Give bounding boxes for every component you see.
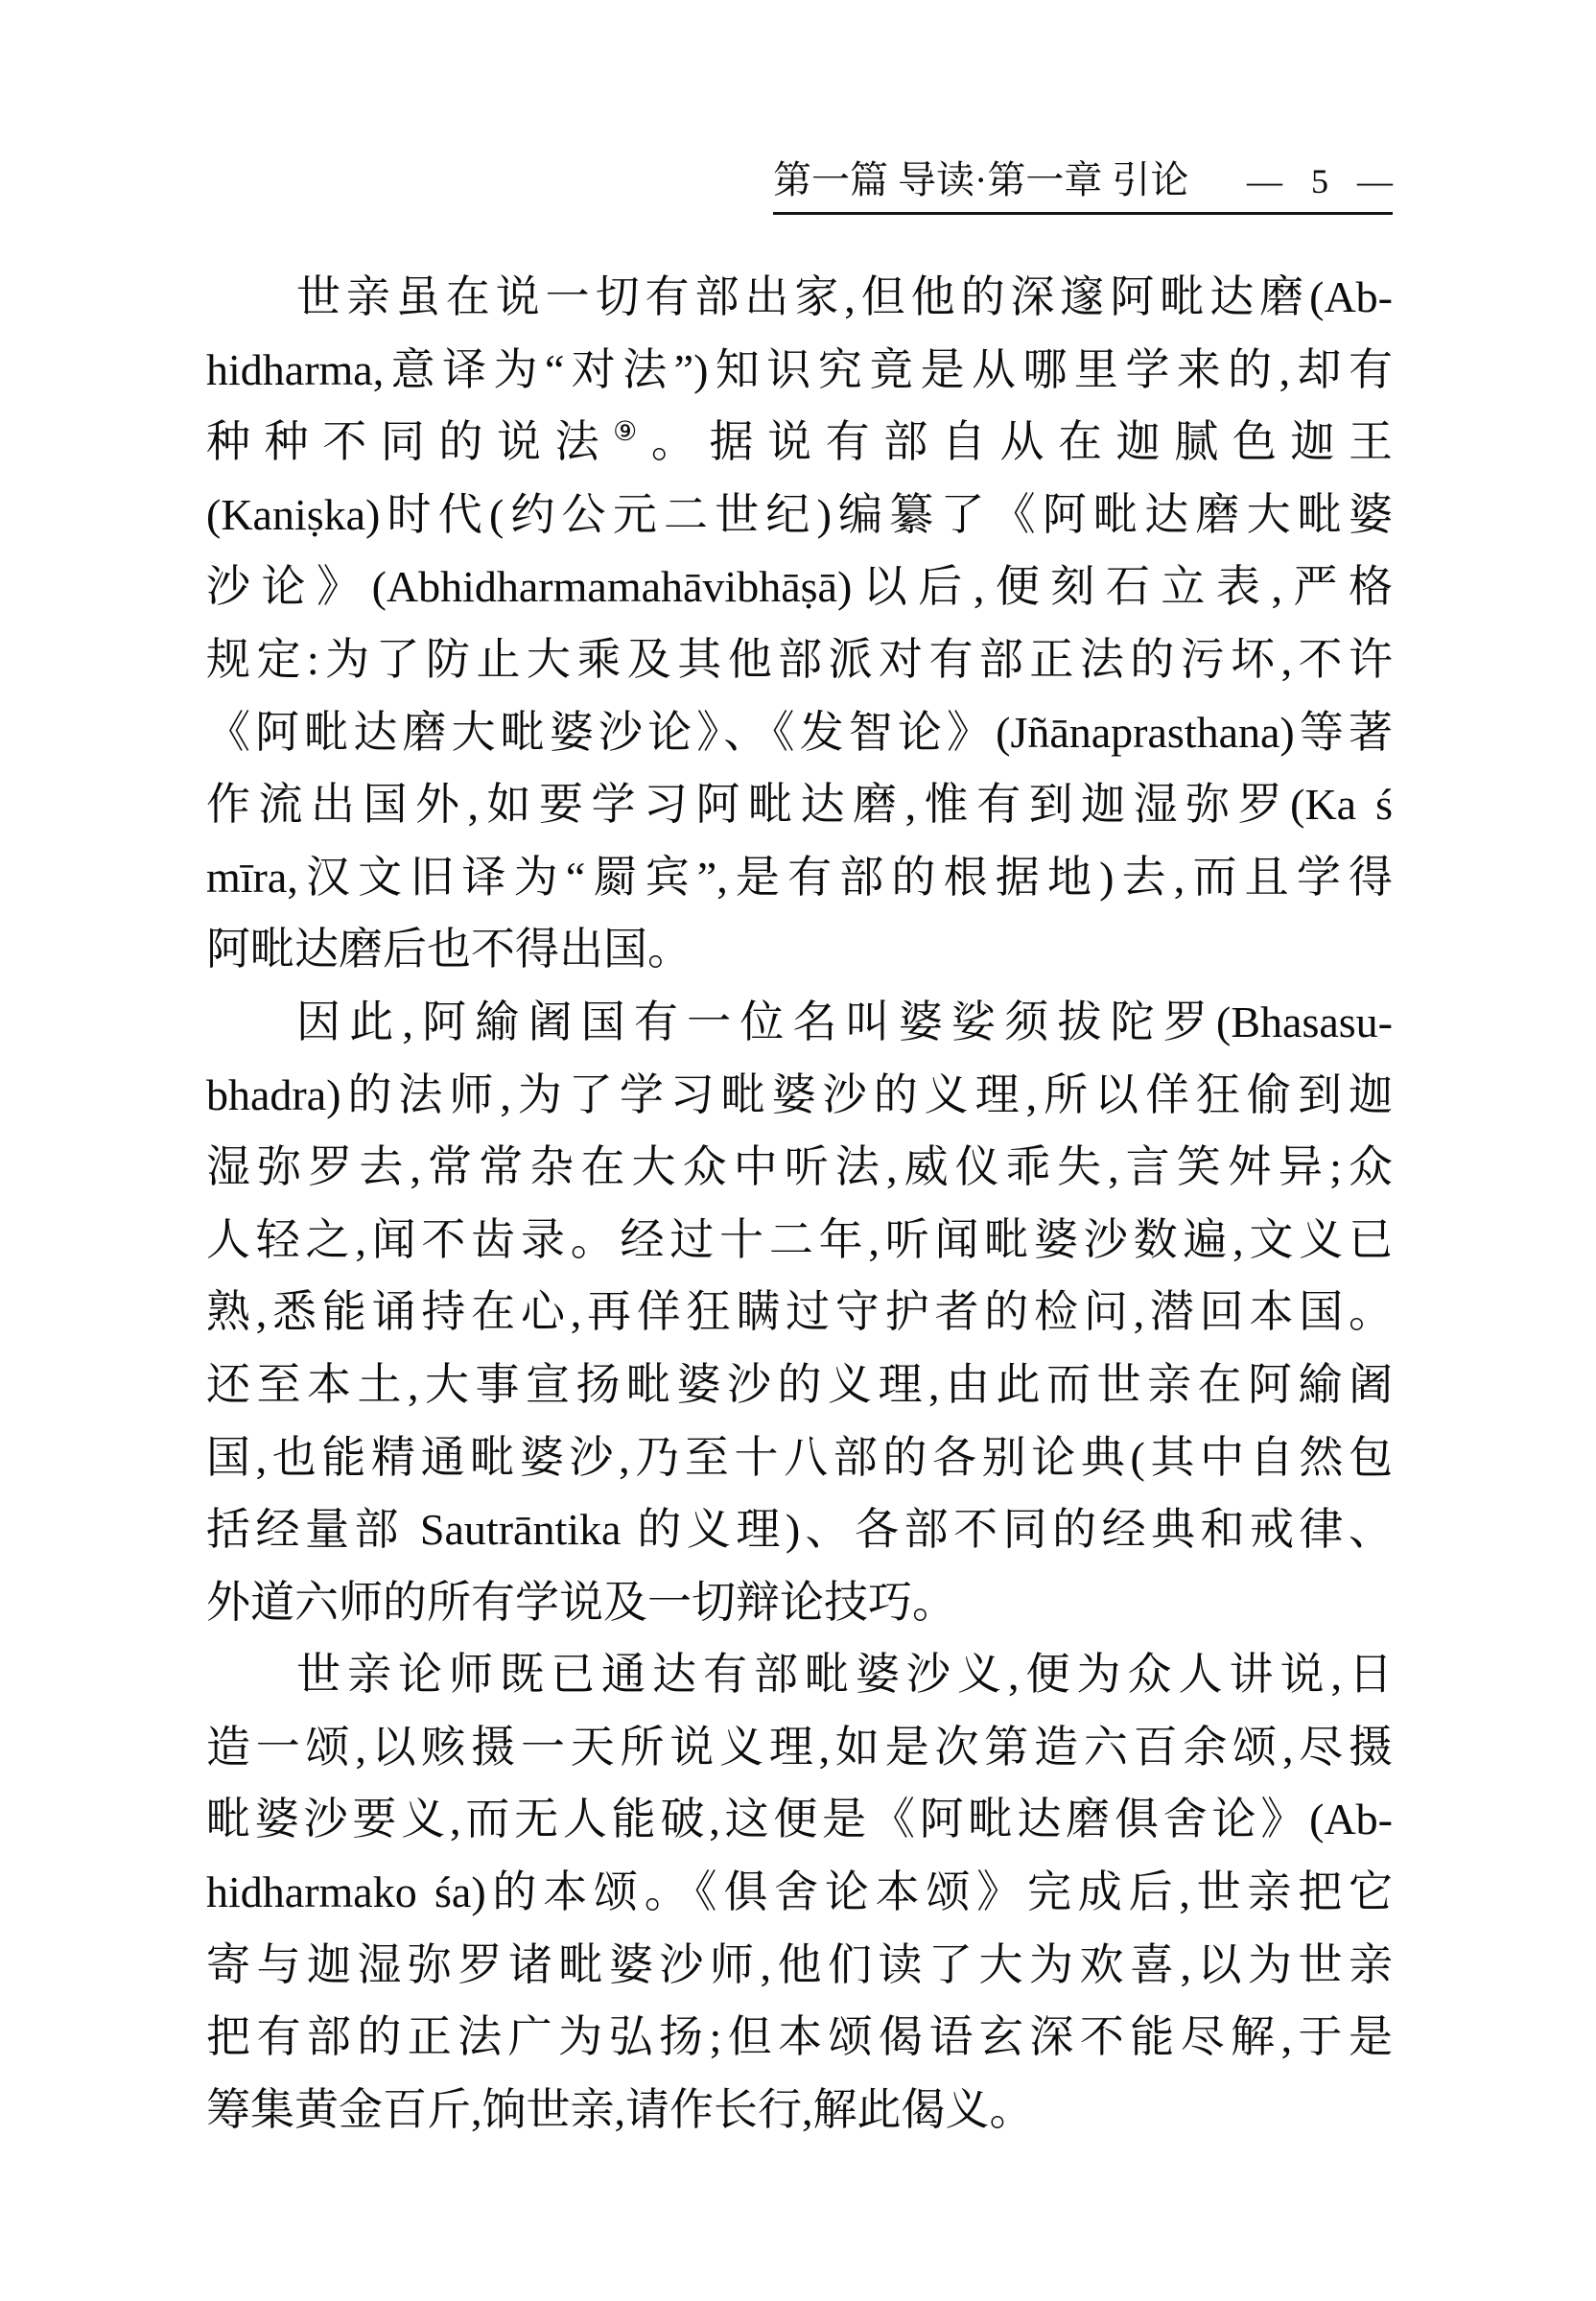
text-line: 国,也能精通毗婆沙,乃至十八部的各别论典(其中自然包	[206, 1421, 1393, 1494]
text-line: (Kaniṣka)时代(约公元二世纪)编纂了《阿毗达磨大毗婆	[206, 479, 1393, 552]
line-text: mīra,汉文旧译为“罽宾”,是有部的根据地)去,而且学得	[206, 853, 1393, 902]
text-line: 熟,悉能诵持在心,再佯狂瞒过守护者的检问,潜回本国。	[206, 1276, 1393, 1349]
text-line: 《阿毗达磨大毗婆沙论》、《发智论》(Jñānaprasthana)等著	[206, 696, 1393, 769]
paragraph: 世亲虽在说一切有部出家,但他的深邃阿毗达磨(Ab- hidharma,意译为“对…	[206, 261, 1393, 986]
line-text: 世亲虽在说一切有部出家,但他的深邃阿毗达磨(Ab-	[296, 272, 1393, 321]
line-text: 还至本土,大事宣扬毗婆沙的义理,由此而世亲在阿緰阇	[206, 1360, 1393, 1409]
text-line: 沙论》(Abhidharmamahāvibhāṣā)以后,便刻石立表,严格	[206, 551, 1393, 623]
line-text: (Kaniṣka)时代(约公元二世纪)编纂了《阿毗达磨大毗婆	[206, 490, 1393, 539]
text-line: 世亲论师既已通达有部毗婆沙义,便为众人讲说,日	[206, 1638, 1393, 1711]
text-line: 寄与迦湿弥罗诸毗婆沙师,他们读了大为欢喜,以为世亲	[206, 1929, 1393, 2002]
page-number-group: — 5 —	[1247, 160, 1393, 203]
text-line: 括经量部 Sautrāntika 的义理)、各部不同的经典和戒律、	[206, 1493, 1393, 1566]
line-text: 《阿毗达磨大毗婆沙论》、《发智论》(Jñānaprasthana)等著	[206, 708, 1393, 757]
text-line: 世亲虽在说一切有部出家,但他的深邃阿毗达磨(Ab-	[206, 261, 1393, 334]
line-text: 沙论》(Abhidharmamahāvibhāṣā)以后,便刻石立表,严格	[206, 562, 1393, 611]
line-text: hidharmako śa)的本颂。《俱舍论本颂》完成后,世亲把它	[206, 1867, 1393, 1916]
footnote-ref: ⑨	[613, 417, 651, 447]
paragraph: 因此,阿緰阇国有一位名叫婆娑须拔陀罗(Bhasasu- bhadra)的法师,为…	[206, 986, 1393, 1638]
line-text: 把有部的正法广为弘扬;但本颂偈语玄深不能尽解,于是	[206, 2012, 1393, 2061]
text-line: 外道六师的所有学说及一切辩论技巧。	[206, 1566, 1393, 1639]
running-header: 第一篇 导读·第一章 引论 — 5 —	[773, 159, 1393, 215]
text-line: hidharmako śa)的本颂。《俱舍论本颂》完成后,世亲把它	[206, 1856, 1393, 1929]
line-text: 人轻之,闻不齿录。经过十二年,听闻毗婆沙数遍,文义已	[206, 1215, 1393, 1264]
page-body: 世亲虽在说一切有部出家,但他的深邃阿毗达磨(Ab- hidharma,意译为“对…	[206, 261, 1393, 2146]
page-number: 5	[1311, 160, 1328, 202]
paragraph: 世亲论师既已通达有部毗婆沙义,便为众人讲说,日 造一颂,以赅摄一天所说义理,如是…	[206, 1638, 1393, 2146]
page: 第一篇 导读·第一章 引论 — 5 — 世亲虽在说一切有部出家,但他的深邃阿毗达…	[0, 0, 1596, 2301]
line-text: hidharma,意译为“对法”)知识究竟是从哪里学来的,却有	[206, 345, 1393, 394]
line-text: 因此,阿緰阇国有一位名叫婆娑须拔陀罗(Bhasasu-	[296, 998, 1393, 1046]
text-line: 作流出国外,如要学习阿毗达磨,惟有到迦湿弥罗(Ka ś	[206, 768, 1393, 841]
text-line: hidharma,意译为“对法”)知识究竟是从哪里学来的,却有	[206, 334, 1393, 407]
line-text: 国,也能精通毗婆沙,乃至十八部的各别论典(其中自然包	[206, 1433, 1393, 1482]
text-line: 毗婆沙要义,而无人能破,这便是《阿毗达磨俱舍论》(Ab-	[206, 1783, 1393, 1856]
line-text: 种种不同的说法	[206, 417, 613, 466]
line-text: 阿毗达磨后也不得出国。	[206, 925, 692, 974]
line-text: bhadra)的法师,为了学习毗婆沙的义理,所以佯狂偷到迦	[206, 1070, 1393, 1119]
text-line: 因此,阿緰阇国有一位名叫婆娑须拔陀罗(Bhasasu-	[206, 986, 1393, 1059]
text-line: 种种不同的说法⑨。据说有部自从在迦腻色迦王	[206, 406, 1393, 479]
line-text: 。据说有部自从在迦腻色迦王	[651, 417, 1393, 466]
line-text: 作流出国外,如要学习阿毗达磨,惟有到迦湿弥罗(Ka ś	[206, 780, 1393, 829]
text-line: 人轻之,闻不齿录。经过十二年,听闻毗婆沙数遍,文义已	[206, 1204, 1393, 1277]
line-text: 造一颂,以赅摄一天所说义理,如是次第造六百余颂,尽摄	[206, 1723, 1393, 1772]
text-line: 阿毗达磨后也不得出国。	[206, 913, 1393, 986]
chapter-title: 第一篇 导读·第一章 引论	[773, 159, 1188, 201]
text-line: 规定:为了防止大乘及其他部派对有部正法的污坏,不许	[206, 623, 1393, 696]
line-text: 熟,悉能诵持在心,再佯狂瞒过守护者的检问,潜回本国。	[206, 1287, 1393, 1336]
line-text: 规定:为了防止大乘及其他部派对有部正法的污坏,不许	[206, 635, 1393, 684]
line-text: 外道六师的所有学说及一切辩论技巧。	[206, 1578, 956, 1627]
line-text: 湿弥罗去,常常杂在大众中听法,威仪乖失,言笑舛异;众	[206, 1142, 1393, 1191]
line-text: 寄与迦湿弥罗诸毗婆沙师,他们读了大为欢喜,以为世亲	[206, 1940, 1393, 1989]
line-text: 括经量部 Sautrāntika 的义理)、各部不同的经典和戒律、	[206, 1505, 1393, 1554]
text-line: 把有部的正法广为弘扬;但本颂偈语玄深不能尽解,于是	[206, 2001, 1393, 2074]
dash-right: —	[1357, 161, 1393, 203]
text-line: 筹集黄金百斤,饷世亲,请作长行,解此偈义。	[206, 2074, 1393, 2147]
line-text: 毗婆沙要义,而无人能破,这便是《阿毗达磨俱舍论》(Ab-	[206, 1795, 1393, 1843]
line-text: 筹集黄金百斤,饷世亲,请作长行,解此偈义。	[206, 2085, 1034, 2134]
text-line: 湿弥罗去,常常杂在大众中听法,威仪乖失,言笑舛异;众	[206, 1131, 1393, 1204]
dash-left: —	[1247, 161, 1282, 203]
text-line: 造一颂,以赅摄一天所说义理,如是次第造六百余颂,尽摄	[206, 1711, 1393, 1784]
line-text: 世亲论师既已通达有部毗婆沙义,便为众人讲说,日	[296, 1650, 1393, 1699]
text-line: mīra,汉文旧译为“罽宾”,是有部的根据地)去,而且学得	[206, 841, 1393, 914]
text-line: 还至本土,大事宣扬毗婆沙的义理,由此而世亲在阿緰阇	[206, 1349, 1393, 1421]
text-line: bhadra)的法师,为了学习毗婆沙的义理,所以佯狂偷到迦	[206, 1059, 1393, 1132]
